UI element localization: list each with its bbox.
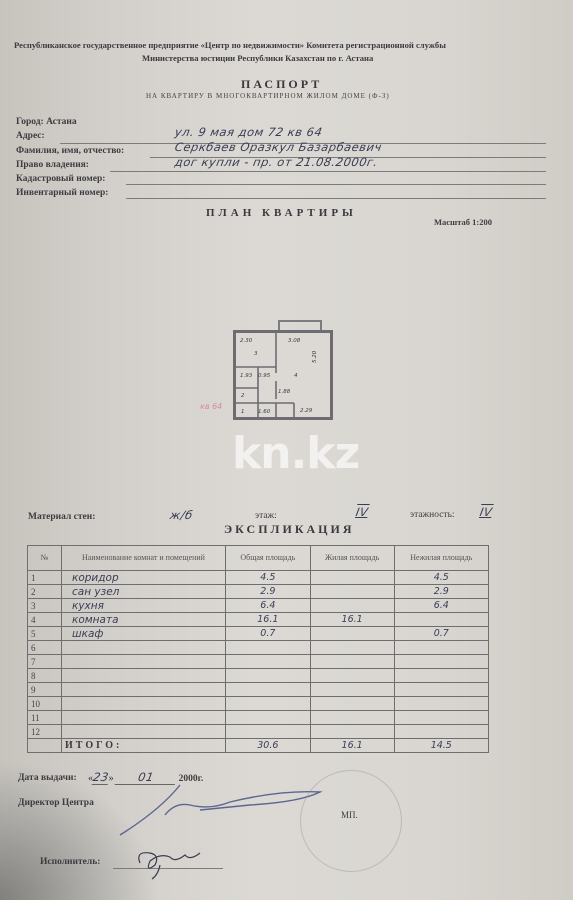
svg-text:1: 1 [241, 409, 245, 415]
room-name: шкаф [62, 627, 226, 641]
total-area [226, 669, 311, 683]
room-name [62, 697, 226, 711]
svg-text:1.93: 1.93 [240, 373, 253, 379]
nonliving-area [394, 655, 488, 669]
room-name [62, 669, 226, 683]
table-row: 7 [28, 655, 489, 669]
svg-text:4: 4 [294, 373, 298, 379]
ownership-label: Право владения: [16, 160, 89, 170]
owner-value: Сеpкбаев Оразкул Базарбаевич [174, 140, 383, 154]
table-row: 1коридор4.54.5 [28, 571, 489, 585]
total-area: 6.4 [226, 599, 311, 613]
nonliving-area [394, 641, 488, 655]
nonliving-area [394, 697, 488, 711]
storeys-value: IV [479, 505, 494, 519]
row-number: 8 [28, 669, 62, 683]
nonliving-area [394, 711, 488, 725]
explication-title: ЭКСПЛИКАЦИЯ [224, 522, 355, 537]
address-value: ул. 9 мая дом 72 кв 64 [174, 125, 324, 139]
svg-text:0.95: 0.95 [258, 373, 271, 379]
svg-text:2.29: 2.29 [300, 408, 313, 414]
nonliving-area: 0.7 [394, 627, 488, 641]
table-row: 5шкаф0.70.7 [28, 627, 489, 641]
ownership-value: дог купли - пр. от 21.08.2000г. [174, 155, 379, 169]
row-number: 5 [28, 627, 62, 641]
total-area [226, 725, 311, 739]
row-number: 7 [28, 655, 62, 669]
total-area: 0.7 [226, 627, 311, 641]
doc-title: ПАСПОРТ [241, 77, 322, 92]
living-area: 16.1 [310, 613, 394, 627]
room-name: сан узел [62, 585, 226, 599]
total-area [226, 683, 311, 697]
director-label: Директор Центра [18, 798, 94, 808]
total-area [226, 655, 311, 669]
room-name [62, 641, 226, 655]
nonliving-area [394, 725, 488, 739]
room-name [62, 683, 226, 697]
room-name: кухня [62, 599, 226, 613]
room-name [62, 655, 226, 669]
doc-subtitle: НА КВАРТИРУ В МНОГОКВАРТИРНОМ ЖИЛОМ ДОМЕ… [146, 92, 390, 100]
table-row: 10 [28, 697, 489, 711]
org-line-2: Министерства юстиции Республики Казахста… [142, 53, 373, 63]
inventory-label: Инвентарный номер: [16, 188, 108, 198]
living-area [310, 627, 394, 641]
living-area [310, 641, 394, 655]
row-number: 3 [28, 599, 62, 613]
table-row: 9 [28, 683, 489, 697]
svg-text:3: 3 [254, 351, 258, 357]
row-number: 6 [28, 641, 62, 655]
address-label: Адрес: [16, 131, 45, 141]
storeys-label: этажность: [410, 510, 455, 520]
scale-label: Масштаб 1:200 [434, 217, 492, 227]
row-number: 10 [28, 697, 62, 711]
watermark-logo: kn.kz [232, 428, 359, 479]
svg-text:2.30: 2.30 [240, 338, 253, 344]
issue-date-label: Дата выдачи: [18, 773, 77, 783]
seal-stamp [300, 770, 402, 872]
scale-value: 1:200 [472, 217, 492, 227]
owner-label: Фамилия, имя, отчество: [16, 146, 124, 156]
room-name: комната [62, 613, 226, 627]
total-area: 2.9 [226, 585, 311, 599]
row-number: 12 [28, 725, 62, 739]
living-area [310, 697, 394, 711]
seal-label: МП. [341, 810, 358, 820]
row-number: 4 [28, 613, 62, 627]
floor-plan: 2.30 3.08 5.20 1.93 0.95 1.88 2.29 1.60 … [233, 330, 333, 420]
table-row: 4комната16.116.1 [28, 613, 489, 627]
living-area [310, 655, 394, 669]
room-name [62, 725, 226, 739]
total-row: ИТОГО: 30.6 16.1 14.5 [28, 739, 489, 753]
svg-text:5.20: 5.20 [312, 350, 318, 363]
floor-value: IV [355, 505, 370, 519]
living-area [310, 683, 394, 697]
total-area: 4.5 [226, 571, 311, 585]
floor-label: этаж: [255, 511, 277, 521]
svg-text:1.60: 1.60 [258, 409, 271, 415]
table-row: 11 [28, 711, 489, 725]
cadastral-label: Кадастровый номер: [16, 174, 105, 184]
living-area [310, 571, 394, 585]
living-area [310, 711, 394, 725]
wall-material-value: ж/б [169, 508, 194, 522]
row-number: 9 [28, 683, 62, 697]
svg-text:3.08: 3.08 [288, 338, 301, 344]
table-row: 8 [28, 669, 489, 683]
total-area [226, 711, 311, 725]
room-name: коридор [62, 571, 226, 585]
explication-table: № Наименование комнат и помещений Общая … [27, 545, 489, 753]
org-line-1: Республиканское государственное предприя… [14, 40, 446, 50]
table-row: 12 [28, 725, 489, 739]
living-area [310, 669, 394, 683]
table-header: № Наименование комнат и помещений Общая … [28, 546, 489, 571]
room-name [62, 711, 226, 725]
total-area [226, 641, 311, 655]
wall-material-label: Материал стен: [28, 512, 95, 522]
total-area: 16.1 [226, 613, 311, 627]
table-row: 6 [28, 641, 489, 655]
plan-title: ПЛАН КВАРТИРЫ [206, 207, 357, 219]
svg-text:2: 2 [241, 393, 245, 399]
nonliving-area: 4.5 [394, 571, 488, 585]
nonliving-area: 6.4 [394, 599, 488, 613]
city-label: Город: Астана [16, 117, 77, 127]
director-signature [100, 780, 330, 840]
row-number: 2 [28, 585, 62, 599]
nonliving-area [394, 683, 488, 697]
living-area [310, 585, 394, 599]
row-number: 1 [28, 571, 62, 585]
nonliving-area: 2.9 [394, 585, 488, 599]
nonliving-area [394, 669, 488, 683]
table-row: 2сан узел2.92.9 [28, 585, 489, 599]
living-area [310, 725, 394, 739]
total-area [226, 697, 311, 711]
executor-label: Исполнитель: [40, 857, 100, 867]
executor-signature [130, 843, 210, 883]
row-number: 11 [28, 711, 62, 725]
apartment-mark: кв 64 [200, 402, 222, 411]
living-area [310, 599, 394, 613]
svg-text:1.88: 1.88 [278, 389, 291, 395]
nonliving-area [394, 613, 488, 627]
table-row: 3кухня6.46.4 [28, 599, 489, 613]
